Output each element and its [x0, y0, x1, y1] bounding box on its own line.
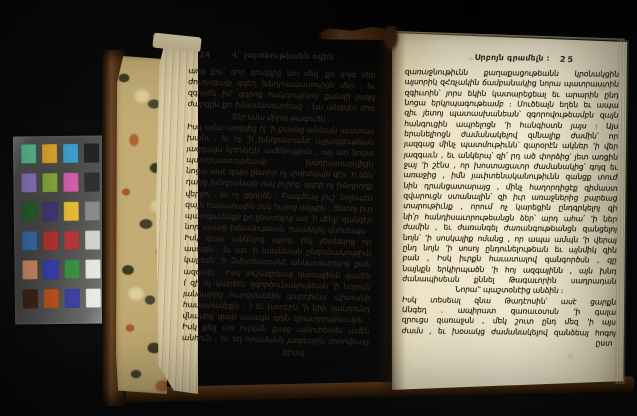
running-header-left: Վ՟ յայտնութեանն ովին: [231, 50, 334, 61]
color-patch: [64, 202, 79, 221]
color-calibration-card: [13, 135, 106, 324]
color-patch: [65, 289, 80, 308]
right-page-text-block: Սրբոյն գրամելն ։ 25 զառաջնութիւնն քաղաքա…: [401, 52, 619, 355]
page-number-left: 24: [199, 50, 211, 59]
book-gutter-top-shadow: [381, 26, 401, 62]
color-patch: [21, 144, 36, 163]
color-patch: [86, 289, 101, 308]
color-patch: [43, 260, 58, 279]
color-patch: [22, 202, 37, 221]
photograph-scene: 24 Վ՟ յայտնութեանն ովին առց քոյ՟ զոր զու…: [0, 0, 637, 416]
color-patch-grid: [21, 144, 101, 309]
color-patch: [85, 202, 100, 221]
color-patch: [43, 202, 58, 221]
color-patch: [43, 231, 58, 250]
color-patch: [22, 231, 37, 250]
color-patch: [63, 144, 78, 163]
color-patch: [42, 173, 57, 192]
left-intro-lines: առց քոյ՟ զոր զուզկից առ մեզ՝ քո զոյգ մեր…: [188, 65, 376, 114]
color-patch: [64, 231, 79, 250]
color-patch: [23, 289, 38, 308]
right-body-lines: զառաջնութիւնն քաղաքացութեանն կրօնակցինայ…: [402, 67, 619, 287]
color-patch: [44, 289, 59, 308]
left-page-text-block: 24 Վ՟ յայտնութեանն ովին առց քոյ՟ զոր զու…: [181, 49, 376, 371]
color-patch: [64, 260, 79, 279]
color-patch: [84, 144, 99, 163]
right-closing-lines: Իսկ տեսեալ զնա Թադէոսին՝ ասէ ցարքնԱնգեղ …: [402, 295, 616, 339]
left-body-lines: Իսկ այնս առզգից ոյ ՚ի քսանց անձայն պատաս…: [182, 121, 374, 348]
page-number-right: 25: [560, 55, 576, 64]
color-patch: [85, 231, 100, 250]
color-patch: [85, 260, 100, 279]
color-patch: [21, 173, 36, 192]
running-header-right: Սրբոյն գրամելն ։: [474, 53, 550, 63]
color-patch: [22, 260, 37, 279]
color-patch: [63, 173, 78, 192]
color-patch: [84, 173, 99, 192]
catchword-right: ըստ: [401, 336, 616, 349]
color-patch: [42, 144, 57, 163]
